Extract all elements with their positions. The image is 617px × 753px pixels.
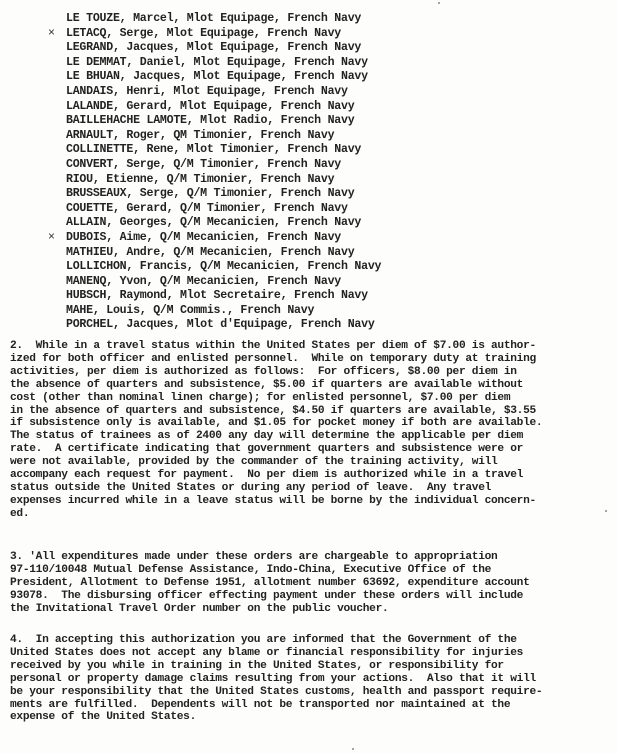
crew-list-item: COUETTE, Gerard, Q/M Timonier, French Na… bbox=[66, 202, 381, 217]
x-mark-icon: × bbox=[48, 27, 55, 42]
crew-entry-text: CONVERT, Serge, Q/M Timonier, French Nav… bbox=[66, 158, 341, 171]
crew-entry-text: LANDAIS, Henri, Mlot Equipage, French Na… bbox=[66, 85, 348, 98]
paragraph-expenditures: 3. 'All expenditures made under these or… bbox=[10, 551, 610, 616]
crew-list: LE TOUZE, Marcel, Mlot Equipage, French … bbox=[66, 12, 381, 333]
scan-speck bbox=[605, 510, 607, 512]
crew-entry-text: LEGRAND, Jacques, Mlot Equipage, French … bbox=[66, 41, 361, 54]
crew-entry-text: COUETTE, Gerard, Q/M Timonier, French Na… bbox=[66, 202, 348, 215]
crew-entry-text: MANENQ, Yvon, Q/M Mecanicien, French Nav… bbox=[66, 275, 341, 288]
crew-entry-text: BAILLEHACHE LAMOTE, Mlot Radio, French N… bbox=[66, 114, 354, 127]
crew-entry-text: LOLLICHON, Francis, Q/M Mecanicien, Fren… bbox=[66, 260, 381, 273]
crew-entry-text: LE DEMMAT, Daniel, Mlot Equipage, French… bbox=[66, 56, 368, 69]
crew-list-item: ALLAIN, Georges, Q/M Mecanicien, French … bbox=[66, 216, 381, 231]
crew-list-item: LANDAIS, Henri, Mlot Equipage, French Na… bbox=[66, 85, 381, 100]
crew-list-item: MAHE, Louis, Q/M Commis., French Navy bbox=[66, 304, 381, 319]
crew-list-item: COLLINETTE, Rene, Mlot Timonier, French … bbox=[66, 143, 381, 158]
crew-entry-text: LE TOUZE, Marcel, Mlot Equipage, French … bbox=[66, 12, 361, 25]
crew-entry-text: ALLAIN, Georges, Q/M Mecanicien, French … bbox=[66, 216, 361, 229]
x-mark-icon: × bbox=[48, 231, 55, 246]
crew-entry-text: PORCHEL, Jacques, Mlot d'Equipage, Frenc… bbox=[66, 318, 375, 331]
crew-entry-text: ARNAULT, Roger, QM Timonier, French Navy bbox=[66, 129, 334, 142]
crew-list-item: LEGRAND, Jacques, Mlot Equipage, French … bbox=[66, 41, 381, 56]
crew-entry-text: LALANDE, Gerard, Mlot Equipage, French N… bbox=[66, 100, 354, 113]
crew-list-item: BAILLEHACHE LAMOTE, Mlot Radio, French N… bbox=[66, 114, 381, 129]
crew-list-item: BRUSSEAUX, Serge, Q/M Timonier, French N… bbox=[66, 187, 381, 202]
crew-list-item: MANENQ, Yvon, Q/M Mecanicien, French Nav… bbox=[66, 275, 381, 290]
crew-list-item: MATHIEU, Andre, Q/M Mecanicien, French N… bbox=[66, 246, 381, 261]
scan-speck bbox=[438, 2, 440, 4]
crew-list-item: PORCHEL, Jacques, Mlot d'Equipage, Frenc… bbox=[66, 318, 381, 333]
crew-entry-text: BRUSSEAUX, Serge, Q/M Timonier, French N… bbox=[66, 187, 354, 200]
crew-entry-text: DUBOIS, Aime, Q/M Mecanicien, French Nav… bbox=[66, 231, 341, 244]
crew-entry-text: COLLINETTE, Rene, Mlot Timonier, French … bbox=[66, 143, 361, 156]
crew-list-item: LE BHUAN, Jacques, Mlot Equipage, French… bbox=[66, 70, 381, 85]
crew-entry-text: LETACQ, Serge, Mlot Equipage, French Nav… bbox=[66, 27, 341, 40]
crew-list-item: LOLLICHON, Francis, Q/M Mecanicien, Fren… bbox=[66, 260, 381, 275]
paragraph-per-diem: 2. While in a travel status within the U… bbox=[10, 340, 610, 521]
crew-list-item: ×LETACQ, Serge, Mlot Equipage, French Na… bbox=[66, 27, 381, 42]
crew-list-item: LALANDE, Gerard, Mlot Equipage, French N… bbox=[66, 100, 381, 115]
scan-speck bbox=[352, 748, 354, 750]
crew-entry-text: LE BHUAN, Jacques, Mlot Equipage, French… bbox=[66, 70, 368, 83]
paragraph-responsibility: 4. In accepting this authorization you a… bbox=[10, 634, 610, 724]
crew-entry-text: RIOU, Etienne, Q/M Timonier, French Navy bbox=[66, 173, 334, 186]
crew-list-item: HUBSCH, Raymond, Mlot Secretaire, French… bbox=[66, 289, 381, 304]
crew-list-item: ARNAULT, Roger, QM Timonier, French Navy bbox=[66, 129, 381, 144]
crew-entry-text: MAHE, Louis, Q/M Commis., French Navy bbox=[66, 304, 314, 317]
document-page: LE TOUZE, Marcel, Mlot Equipage, French … bbox=[0, 0, 617, 753]
crew-list-item: RIOU, Etienne, Q/M Timonier, French Navy bbox=[66, 173, 381, 188]
crew-list-item: LE DEMMAT, Daniel, Mlot Equipage, French… bbox=[66, 56, 381, 71]
crew-list-item: LE TOUZE, Marcel, Mlot Equipage, French … bbox=[66, 12, 381, 27]
crew-list-item: ×DUBOIS, Aime, Q/M Mecanicien, French Na… bbox=[66, 231, 381, 246]
crew-entry-text: HUBSCH, Raymond, Mlot Secretaire, French… bbox=[66, 289, 368, 302]
crew-entry-text: MATHIEU, Andre, Q/M Mecanicien, French N… bbox=[66, 246, 354, 259]
crew-list-item: CONVERT, Serge, Q/M Timonier, French Nav… bbox=[66, 158, 381, 173]
